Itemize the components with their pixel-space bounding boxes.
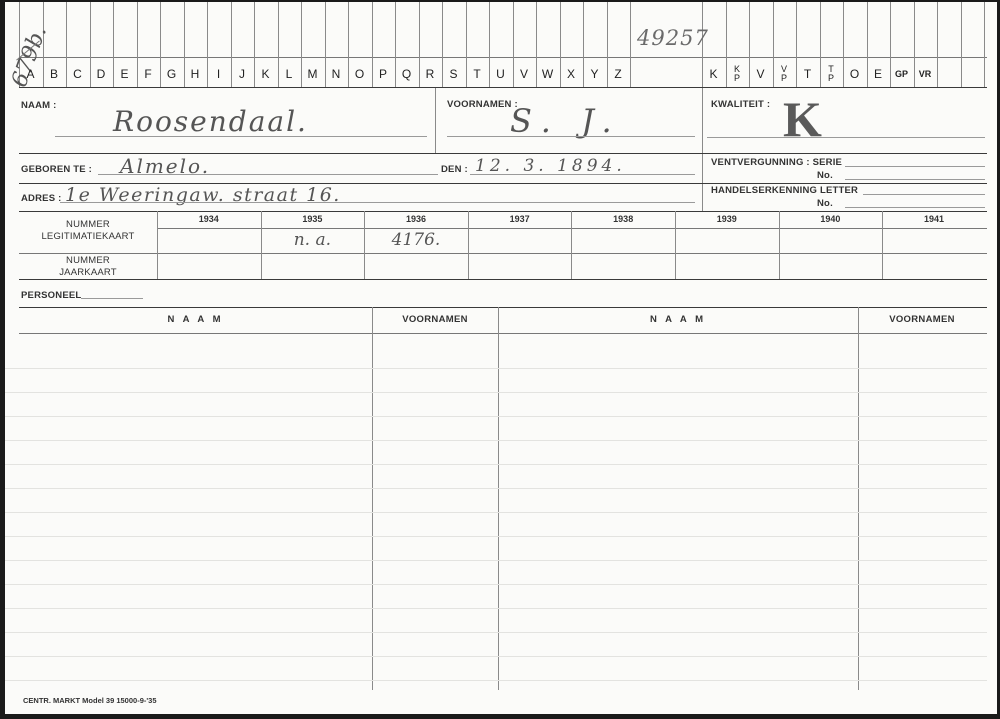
index-letter-m[interactable]: M	[301, 60, 324, 87]
index-letter-h[interactable]: H	[184, 60, 207, 87]
ventvergunning-serie-line	[845, 166, 985, 167]
legitimatiekaart-cell-1940[interactable]	[779, 230, 883, 254]
index-column-line	[630, 2, 631, 87]
year-header-1936: 1936	[364, 214, 468, 227]
jaarkaart-cell-1938[interactable]	[571, 255, 675, 279]
year-header-1935: 1935	[261, 214, 365, 227]
jaarkaart-row-label: NUMMER JAARKAART	[19, 255, 157, 279]
index-code-t[interactable]: T	[796, 60, 819, 87]
index-letter-i[interactable]: I	[207, 60, 230, 87]
year-header-1934: 1934	[157, 214, 261, 227]
voornamen-underline	[447, 136, 695, 137]
legitimatiekaart-label-line2: LEGITIMATIEKAART	[19, 231, 157, 243]
staff-table-top	[19, 307, 987, 308]
staff-ruled-line	[5, 392, 987, 393]
year-table-bottom	[19, 279, 987, 280]
index-letter-t[interactable]: T	[466, 60, 489, 87]
voornamen-label: VOORNAMEN :	[447, 99, 518, 110]
index-letter-q[interactable]: Q	[395, 60, 418, 87]
jaarkaart-cell-1941[interactable]	[882, 255, 986, 279]
year-header-1937: 1937	[468, 214, 572, 227]
staff-col-naam-1: N A A M	[19, 314, 372, 325]
adres-label: ADRES :	[21, 193, 61, 204]
ventvergunning-label: VENTVERGUNNING : SERIE	[711, 157, 842, 168]
ventvergunning-no-line	[845, 179, 985, 180]
index-letter-y[interactable]: Y	[583, 60, 606, 87]
index-letter-z[interactable]: Z	[607, 60, 630, 87]
jaarkaart-cell-1936[interactable]	[364, 255, 468, 279]
jaarkaart-cell-1939[interactable]	[675, 255, 779, 279]
legitimatiekaart-cell-1936[interactable]: 4176.	[364, 230, 468, 254]
index-code-k[interactable]: K	[702, 60, 725, 87]
handelserkenning-letter-line	[863, 194, 985, 195]
staff-col-voornamen-1: VOORNAMEN	[372, 314, 498, 325]
den-underline	[470, 174, 695, 175]
index-letter-k[interactable]: K	[254, 60, 277, 87]
staff-ruled-line	[5, 584, 987, 585]
index-code-kp[interactable]: KP	[726, 60, 749, 87]
index-letter-g[interactable]: G	[160, 60, 183, 87]
index-letter-x[interactable]: X	[560, 60, 583, 87]
index-column-line	[984, 2, 985, 87]
right-panel-divider	[702, 88, 703, 212]
year-header-1939: 1939	[675, 214, 779, 227]
handelserkenning-no-label: No.	[817, 198, 833, 209]
naam-voornamen-divider	[435, 88, 436, 154]
jaarkaart-cell-1934[interactable]	[157, 255, 261, 279]
den-label: DEN :	[441, 164, 468, 175]
jaarkaart-label-line2: JAARKAART	[19, 267, 157, 279]
index-code-top: K	[709, 67, 717, 81]
card-number: 49257	[637, 26, 709, 50]
index-letter-v[interactable]: V	[513, 60, 536, 87]
index-code-vp[interactable]: VP	[773, 60, 796, 87]
ventvergunning-no-label: No.	[817, 170, 833, 181]
geboren-underline	[98, 174, 438, 175]
year-header-1940: 1940	[779, 214, 883, 227]
index-code-v[interactable]: V	[749, 60, 772, 87]
index-letter-n[interactable]: N	[325, 60, 348, 87]
index-letter-o[interactable]: O	[348, 60, 371, 87]
staff-ruled-line	[5, 632, 987, 633]
personeel-underline	[81, 298, 143, 299]
naam-label: NAAM :	[21, 100, 57, 111]
geboren-label: GEBOREN TE :	[21, 164, 92, 175]
index-grid-divider	[19, 57, 987, 58]
index-letter-u[interactable]: U	[489, 60, 512, 87]
staff-ruled-line	[5, 536, 987, 537]
jaarkaart-cell-1935[interactable]	[261, 255, 365, 279]
index-code-top: O	[850, 67, 859, 81]
index-code-gp[interactable]: GP	[890, 60, 913, 87]
registration-card: 679b. 49257 ABCDEFGHIJKLMNOPQRSTUVWXYZ K…	[5, 2, 997, 714]
index-letter-e[interactable]: E	[113, 60, 136, 87]
staff-ruled-line	[5, 440, 987, 441]
staff-header-bottom	[19, 333, 987, 334]
index-letter-r[interactable]: R	[419, 60, 442, 87]
index-code-top: E	[874, 67, 882, 81]
legitimatiekaart-row-label: NUMMER LEGITIMATIEKAART	[19, 219, 157, 243]
index-letter-s[interactable]: S	[442, 60, 465, 87]
legitimatiekaart-cell-1941[interactable]	[882, 230, 986, 254]
index-code-tp[interactable]: TP	[820, 60, 843, 87]
staff-ruled-line	[5, 512, 987, 513]
index-code-bottom: P	[781, 74, 787, 83]
index-letter-l[interactable]: L	[278, 60, 301, 87]
index-code-o[interactable]: O	[843, 60, 866, 87]
staff-ruled-line	[5, 608, 987, 609]
index-code-vr[interactable]: VR	[914, 60, 937, 87]
staff-ruled-line	[5, 680, 987, 681]
handelserkenning-label: HANDELSERKENNING LETTER	[711, 185, 858, 196]
personeel-label: PERSONEEL	[21, 290, 81, 301]
index-code-top: V	[756, 67, 764, 81]
staff-ruled-line	[5, 416, 987, 417]
form-footer: CENTR. MARKT Model 39 15000-9-'35	[23, 696, 156, 705]
index-letter-a[interactable]: A	[19, 60, 42, 87]
year-table-top	[19, 211, 987, 212]
kwaliteit-underline	[707, 137, 985, 138]
index-code-bottom: P	[828, 74, 834, 83]
index-code-e[interactable]: E	[867, 60, 890, 87]
den-value[interactable]: 12. 3. 1894.	[475, 156, 626, 176]
staff-col-voornamen-2: VOORNAMEN	[858, 314, 986, 325]
voornamen-value[interactable]: S. J.	[510, 102, 622, 140]
index-column-line	[937, 2, 938, 87]
index-code-top: T	[804, 67, 811, 81]
legitimatiekaart-cell-1935[interactable]: n. a.	[261, 230, 365, 254]
legitimatiekaart-cell-1934[interactable]	[157, 230, 261, 254]
index-letter-j[interactable]: J	[231, 60, 254, 87]
staff-ruled-line	[5, 560, 987, 561]
year-header-1938: 1938	[571, 214, 675, 227]
year-header-1941: 1941	[882, 214, 986, 227]
kwaliteit-label: KWALITEIT :	[711, 99, 770, 110]
index-grid-bottom	[19, 87, 987, 88]
index-code-top: GP	[895, 69, 908, 79]
index-letter-w[interactable]: W	[536, 60, 559, 87]
index-letter-b[interactable]: B	[43, 60, 66, 87]
jaarkaart-cell-1937[interactable]	[468, 255, 572, 279]
staff-col-naam-2: N A A M	[498, 314, 858, 325]
naam-value[interactable]: Roosendaal.	[113, 105, 308, 138]
index-letter-f[interactable]: F	[137, 60, 160, 87]
legitimatiekaart-cell-1939[interactable]	[675, 230, 779, 254]
legitimatiekaart-label-line1: NUMMER	[19, 219, 157, 231]
naam-underline	[55, 136, 427, 137]
staff-ruled-line	[5, 368, 987, 369]
index-letter-d[interactable]: D	[90, 60, 113, 87]
jaarkaart-label-line1: NUMMER	[19, 255, 157, 267]
index-code-bottom: P	[734, 74, 740, 83]
staff-ruled-line	[5, 464, 987, 465]
staff-ruled-line	[5, 656, 987, 657]
index-letter-p[interactable]: P	[372, 60, 395, 87]
legitimatiekaart-cell-1938[interactable]	[571, 230, 675, 254]
handelserkenning-no-line	[845, 207, 985, 208]
jaarkaart-cell-1940[interactable]	[779, 255, 883, 279]
legitimatiekaart-cell-1937[interactable]	[468, 230, 572, 254]
index-code-top: VR	[919, 69, 932, 79]
index-letter-c[interactable]: C	[66, 60, 89, 87]
index-column-line	[961, 2, 962, 87]
adres-underline	[60, 202, 695, 203]
staff-ruled-line	[5, 488, 987, 489]
